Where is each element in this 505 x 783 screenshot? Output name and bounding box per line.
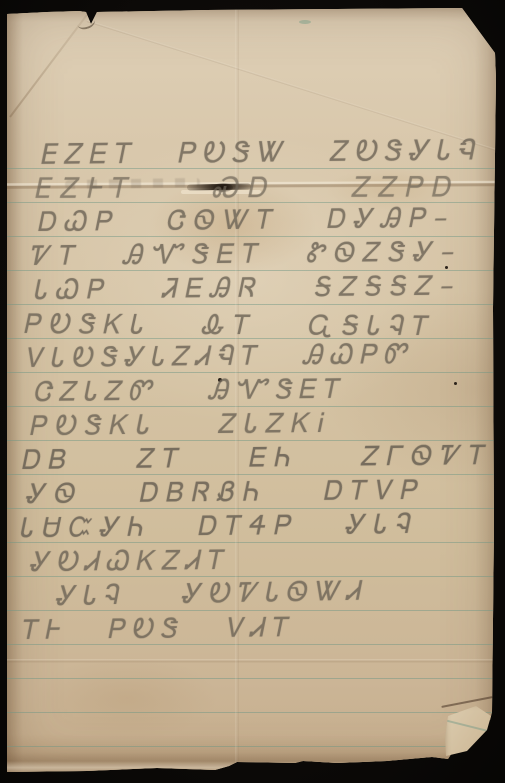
paper-speck — [454, 382, 457, 385]
fold-crease-horizontal-bottom — [7, 659, 497, 663]
handwritten-line-15: ᎢᎰ ᏢᎧᏕ ᏙᏗᎢ — [19, 611, 299, 648]
handwritten-line-13: ᎽᎧᏗᏇᏦᏃᏗᎢ — [27, 544, 235, 580]
handwritten-line-14: ᎽᏓᎸ ᎽᎧᏤᏓᏫᏔᏗ — [53, 575, 372, 614]
handwritten-line-3: ᎠᏇᏢ ᏣᏫᏔᎢ ᎠᎽᎯᏢ– — [35, 202, 459, 240]
fold-crease-diagonal-right — [87, 20, 500, 152]
photo-background: EᏃᎬᎢ ᏢᎧᏕᏔ ᏃᎧᏕᎽᏓᏄ EᏃᎰᎢ ᏍᎠ ᏃᏃᏢᎠ ᎠᏇᏢ ᏣᏫᏔᎢ Ꭰ… — [0, 0, 505, 783]
handwritten-line-10: ᎠᏴ ᏃᎢ ᎬᏂ ᏃᎱᏫᏤᎢ — [19, 439, 497, 478]
handwritten-line-8: ᏣᏃᏓᏃᏛ ᎯᏉᏕᎬᎢ — [31, 373, 351, 410]
handwritten-line-12: ᏓᏌᏨᎽᏂ ᎠᎢᏎᏢ ᎽᏓᎸ — [17, 508, 422, 546]
fold-crease-diagonal-left — [9, 14, 88, 117]
flap-ruled-line — [442, 719, 503, 736]
letter-paper: EᏃᎬᎢ ᏢᎧᏕᏔ ᏃᎧᏕᎽᏓᏄ EᏃᎰᎢ ᏍᎠ ᏃᏃᏢᎠ ᎠᏇᏢ ᏣᏫᏔᎢ Ꭰ… — [7, 8, 497, 774]
handwritten-line-11: ᎽᏫ ᎠᏴᏒᏰᏂ ᎠᎢᏙᏢ — [23, 474, 429, 512]
handwritten-line-9: ᏢᎧᏕᏦᏓ ᏃᏓᏃᏦᎥ — [27, 407, 335, 444]
ink-smudge — [299, 20, 311, 24]
handwritten-line-7: ᏙᏓᎧᏕᎽᏓᏃᏗᏄᎢ ᎯᏇᏢᏛ — [23, 338, 419, 376]
handwritten-line-5: ᏓᏇᏢ ᏘᎬᎯᏒ ᎦᏃᎦᎦᏃ– — [31, 270, 465, 308]
handwritten-line-4: ᏤᎢ ᎯᏉᏕᎬᎢ ᏑᏫᏃᏕᎽ– — [27, 235, 466, 274]
torn-edge-highlight — [7, 752, 497, 772]
handwritten-line-2: EᏃᎰᎢ ᏍᎠ ᏃᏃᏢᎠ — [31, 171, 464, 206]
top-edge-tear-curl — [75, 14, 96, 32]
handwritten-line-1: EᏃᎬᎢ ᏢᎧᏕᏔ ᏃᎧᏕᎽᏓᏄ — [37, 133, 486, 172]
